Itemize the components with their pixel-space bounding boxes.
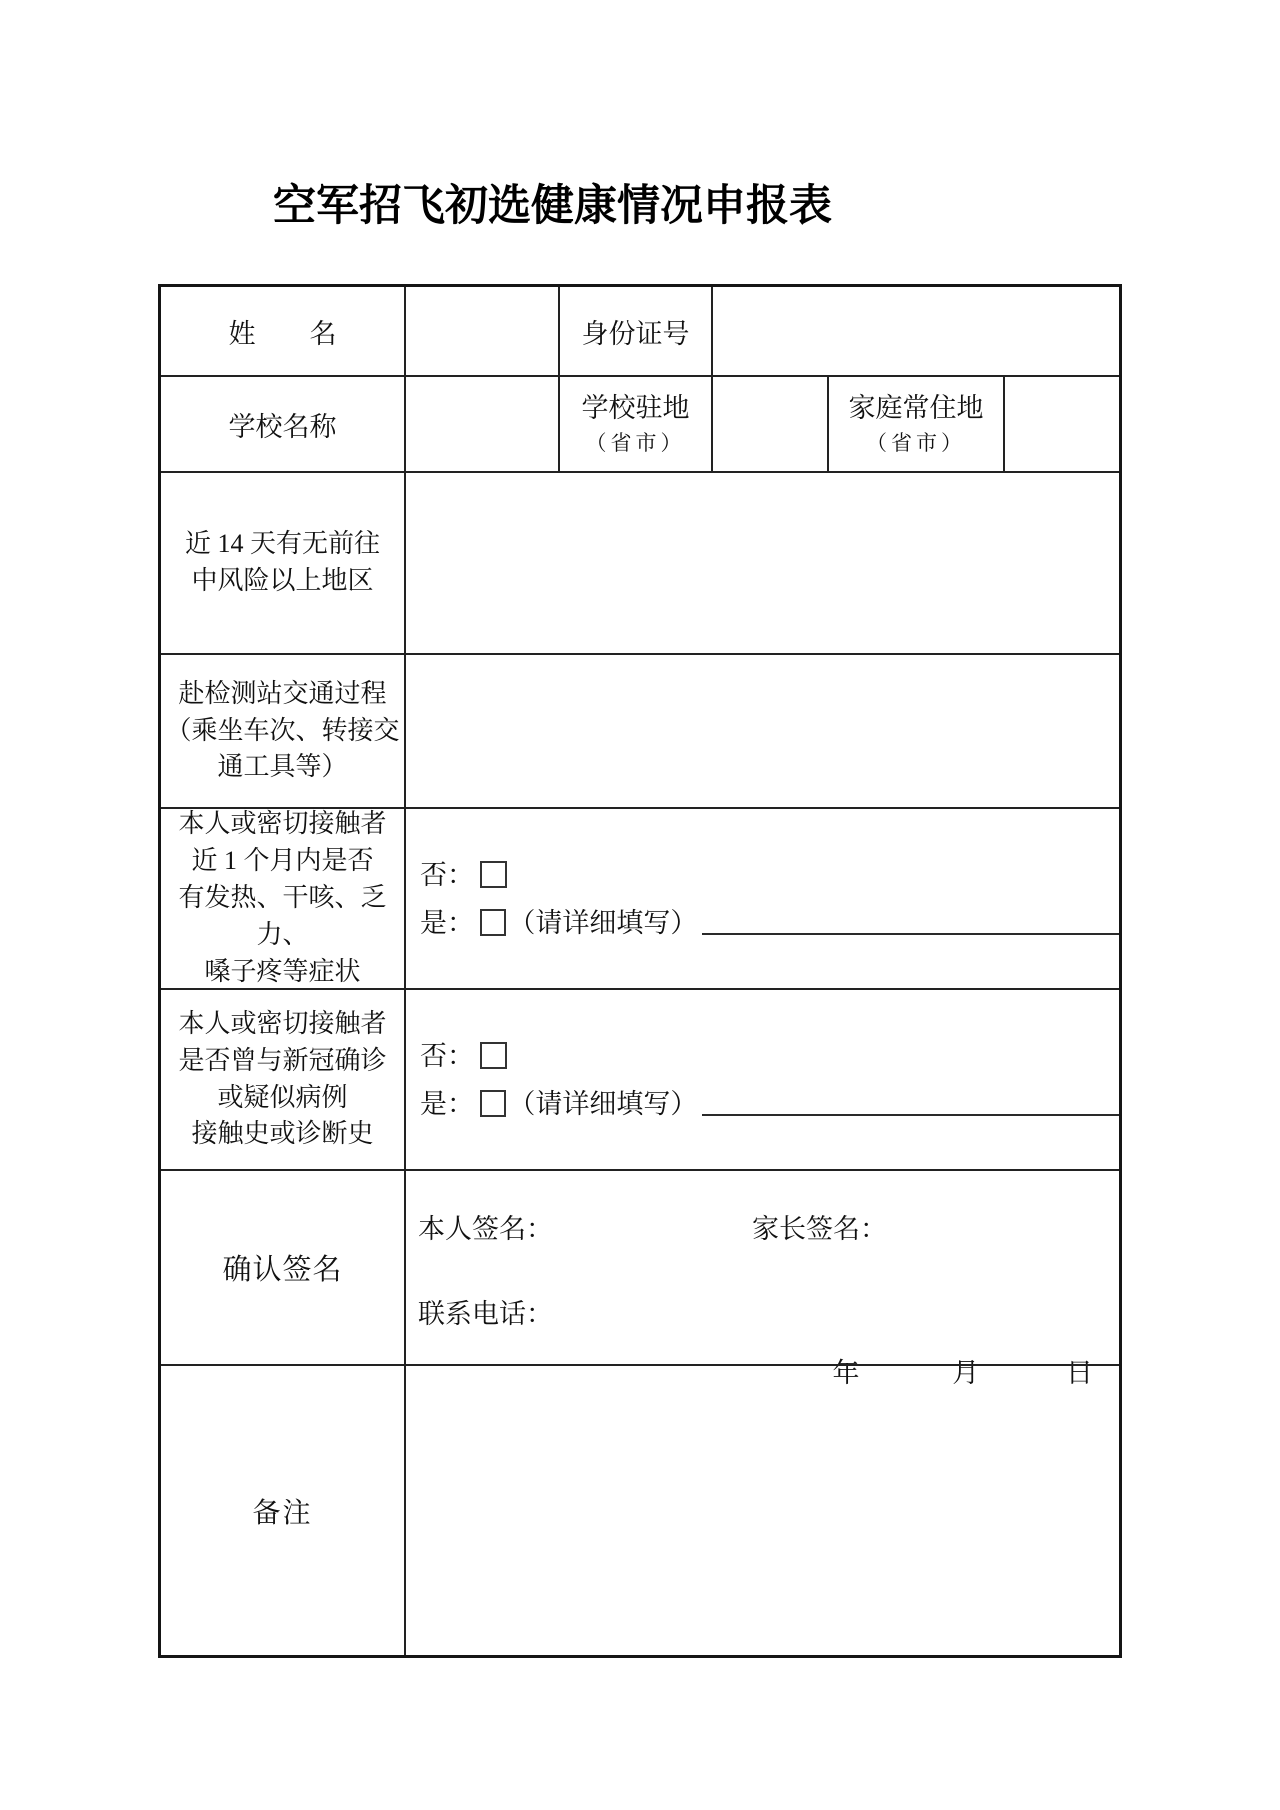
signature-label: 确认签名 bbox=[161, 1171, 404, 1364]
home-location-value-cell bbox=[1003, 377, 1119, 471]
declaration-table: 姓 名 身份证号 学校名称 学校驻地 （省市） 家庭常住地 （省市） bbox=[158, 284, 1122, 1658]
symptoms-option-yes: 是： （请详细填写） bbox=[420, 909, 1119, 937]
travel-history-label: 近 14 天有无前往 中风险以上地区 bbox=[161, 473, 404, 653]
row-signature: 确认签名 本人签名： 家长签名： 联系电话： 年 月 日 bbox=[161, 1169, 1119, 1364]
document-page: 空军招飞初选健康情况申报表 姓 名 身份证号 学校名称 学校驻地 （省市） 家庭… bbox=[0, 0, 1280, 1810]
covid-contact-fill-in-line bbox=[702, 1114, 1119, 1116]
symptoms-fill-in-line bbox=[702, 933, 1119, 935]
home-location-label-main: 家庭常住地 bbox=[849, 392, 984, 426]
symptoms-options-cell: 否： 是： （请详细填写） bbox=[404, 809, 1119, 988]
symptoms-yes-note: （请详细填写） bbox=[508, 910, 692, 937]
symptoms-yes-label: 是： bbox=[420, 910, 474, 937]
row-name-id: 姓 名 身份证号 bbox=[161, 287, 1119, 375]
covid-contact-no-checkbox bbox=[480, 1042, 507, 1069]
covid-contact-option-yes: 是： （请详细填写） bbox=[420, 1090, 1119, 1118]
school-location-label-sub: （省市） bbox=[586, 430, 686, 456]
covid-contact-yes-note: （请详细填写） bbox=[508, 1091, 692, 1118]
row-travel-history: 近 14 天有无前往 中风险以上地区 bbox=[161, 471, 1119, 653]
symptoms-no-checkbox bbox=[480, 861, 507, 888]
row-transport: 赴检测站交通过程 （乘坐车次、转接交 通工具等） bbox=[161, 653, 1119, 807]
covid-contact-options-cell: 否： 是： （请详细填写） bbox=[404, 990, 1119, 1169]
symptoms-yes-checkbox bbox=[480, 909, 506, 936]
covid-contact-option-no: 否： bbox=[420, 1042, 509, 1070]
remarks-value-cell bbox=[404, 1366, 1119, 1655]
name-value-cell bbox=[404, 287, 558, 375]
school-location-label-main: 学校驻地 bbox=[582, 392, 690, 426]
school-location-value-cell bbox=[711, 377, 827, 471]
transport-label: 赴检测站交通过程 （乘坐车次、转接交 通工具等） bbox=[161, 655, 404, 807]
home-location-label-sub: （省市） bbox=[866, 430, 966, 456]
symptoms-no-label: 否： bbox=[420, 862, 474, 889]
parent-signature-label: 家长签名： bbox=[752, 1207, 887, 1246]
symptoms-option-no: 否： bbox=[420, 861, 509, 889]
signature-content-cell: 本人签名： 家长签名： 联系电话： 年 月 日 bbox=[404, 1171, 1119, 1364]
id-number-value-cell bbox=[711, 287, 1119, 375]
row-symptoms: 本人或密切接触者 近 1 个月内是否 有发热、干咳、乏力、 嗓子疼等症状 否： … bbox=[161, 807, 1119, 988]
covid-contact-no-label: 否： bbox=[420, 1043, 474, 1070]
covid-contact-yes-label: 是： bbox=[420, 1091, 474, 1118]
covid-contact-label: 本人或密切接触者 是否曾与新冠确诊 或疑似病例 接触史或诊断史 bbox=[161, 990, 404, 1169]
name-label: 姓 名 bbox=[161, 287, 404, 375]
home-location-label: 家庭常住地 （省市） bbox=[827, 377, 1003, 471]
covid-contact-yes-checkbox bbox=[480, 1090, 506, 1117]
self-signature-label: 本人签名： bbox=[418, 1207, 553, 1246]
row-school: 学校名称 学校驻地 （省市） 家庭常住地 （省市） bbox=[161, 375, 1119, 471]
signature-line-names: 本人签名： 家长签名： bbox=[418, 1207, 1095, 1246]
row-covid-contact: 本人或密切接触者 是否曾与新冠确诊 或疑似病例 接触史或诊断史 否： 是： （请… bbox=[161, 988, 1119, 1169]
school-name-label: 学校名称 bbox=[161, 377, 404, 471]
transport-value-cell bbox=[404, 655, 1119, 807]
id-number-label: 身份证号 bbox=[558, 287, 711, 375]
remarks-label: 备注 bbox=[161, 1366, 404, 1655]
travel-history-value-cell bbox=[404, 473, 1119, 653]
symptoms-label: 本人或密切接触者 近 1 个月内是否 有发热、干咳、乏力、 嗓子疼等症状 bbox=[161, 809, 404, 988]
form-title: 空军招飞初选健康情况申报表 bbox=[0, 172, 1105, 233]
contact-phone-label: 联系电话： bbox=[418, 1299, 553, 1329]
school-name-value-cell bbox=[404, 377, 558, 471]
row-remarks: 备注 bbox=[161, 1364, 1119, 1655]
school-location-label: 学校驻地 （省市） bbox=[558, 377, 711, 471]
signature-line-phone: 联系电话： bbox=[418, 1292, 1095, 1331]
